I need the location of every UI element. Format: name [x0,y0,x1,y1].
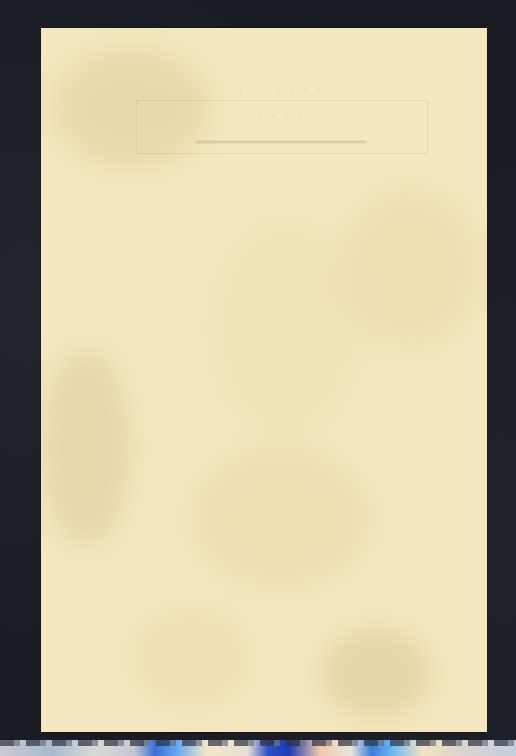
card-back: · · · · · · · · · · · [41,28,487,732]
scanner-artifact-strip [0,740,516,756]
paper-stain [41,348,131,548]
paper-stain [341,188,481,348]
bleed-through-text: · · · · · · · · · · · [131,83,431,163]
paper-stain [191,448,371,588]
paper-stain [321,628,431,718]
paper-stain [211,218,361,438]
paper-stain [131,608,251,708]
